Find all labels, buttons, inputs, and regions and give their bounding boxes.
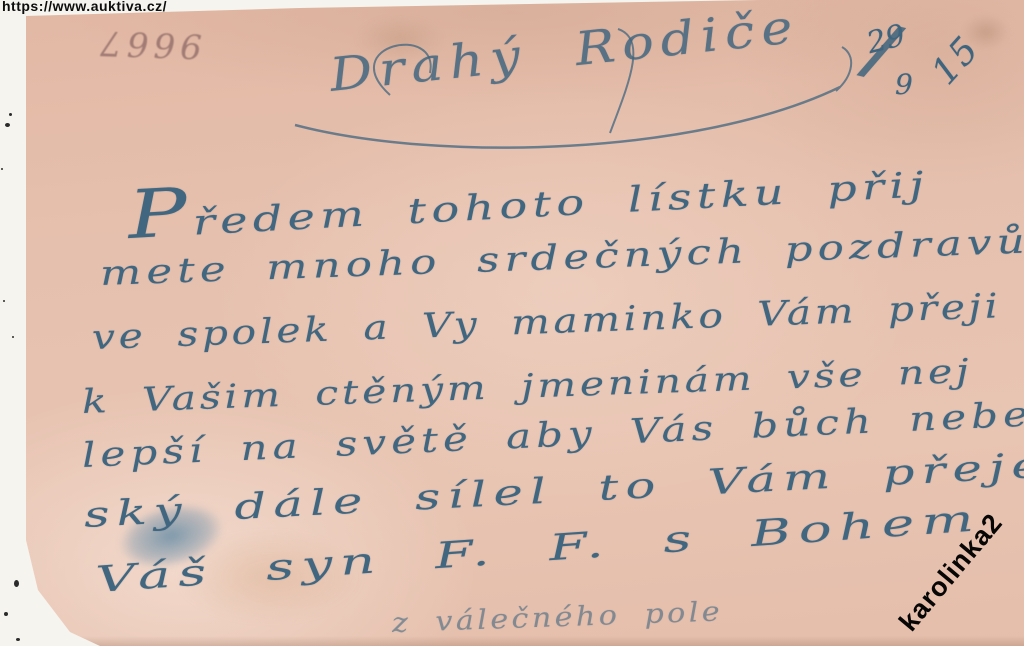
salutation: Drahý Rodiče	[327, 0, 802, 102]
postscript-line: z válečného pole	[391, 596, 723, 639]
scanner-dust	[3, 300, 5, 302]
postcard: 9667 29 / 9 15 Drahý Rodiče Předem tohot…	[0, 0, 1024, 646]
catalog-number: 9667	[91, 16, 203, 66]
scanner-dust	[5, 123, 10, 127]
handwritten-date: 29 / 9 15	[845, 16, 995, 126]
handwriting-line: ve spolek a Vy maminko Vám přeji	[91, 286, 1002, 358]
scanner-dust	[4, 612, 8, 616]
postcard-scan: 9667 29 / 9 15 Drahý Rodiče Předem tohot…	[0, 0, 1024, 646]
scanner-dust	[12, 336, 14, 338]
scanner-dust	[16, 638, 20, 641]
date-month: 9	[895, 68, 913, 101]
scanner-dust	[14, 580, 19, 587]
date-year: 15	[924, 28, 988, 92]
scanner-dust	[1, 168, 3, 170]
scanner-dust	[9, 113, 12, 116]
source-url-watermark: https://www.auktiva.cz/	[2, 0, 167, 14]
